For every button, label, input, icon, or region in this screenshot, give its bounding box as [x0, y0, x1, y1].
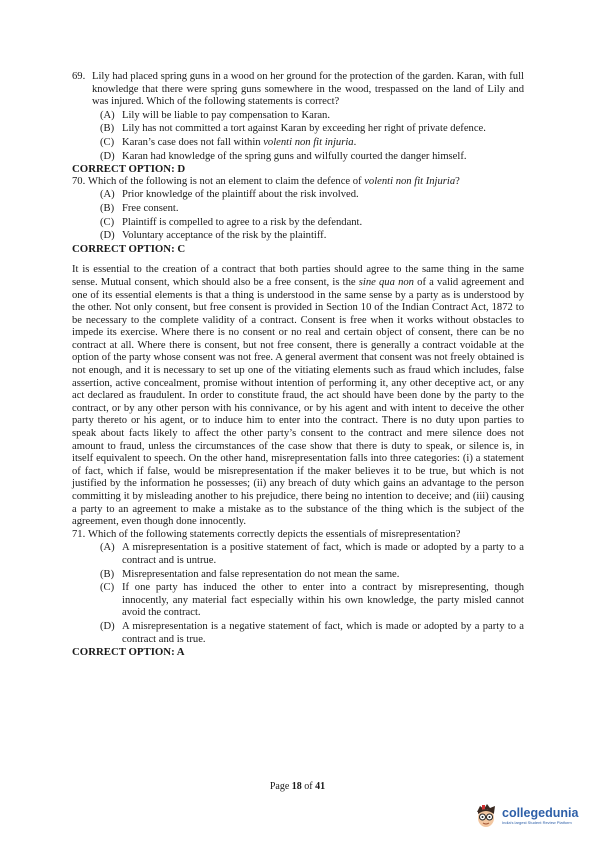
- question-70: 70. Which of the following is not an ele…: [72, 176, 524, 256]
- latin-term: sine qua non: [359, 277, 414, 288]
- options-list: (A) Lily will be liable to pay compensat…: [100, 110, 524, 163]
- question-text: Which of the following statements correc…: [88, 529, 524, 542]
- option-letter: (A): [100, 542, 122, 567]
- option-letter: (D): [100, 151, 122, 164]
- current-page: 18: [292, 781, 302, 792]
- option-letter: (D): [100, 230, 122, 243]
- question-number: 70.: [72, 176, 88, 189]
- option-letter: (C): [100, 137, 122, 150]
- option-letter: (B): [100, 123, 122, 136]
- passage-text: It is essential to the creation of a con…: [72, 264, 524, 528]
- question-number: 71.: [72, 529, 88, 542]
- option-text: Lily has not committed a tort against Ka…: [122, 123, 524, 136]
- question-number: 69.: [72, 71, 92, 109]
- option-letter: (C): [100, 582, 122, 620]
- question-text: Lily had placed spring guns in a wood on…: [92, 71, 524, 109]
- passage-text-part: of a valid agreement and one of its esse…: [72, 277, 524, 527]
- document-page: 69. Lily had placed spring guns in a woo…: [72, 71, 524, 659]
- option-text: Plaintiff is compelled to agree to a ris…: [122, 217, 524, 230]
- option-c: (C) If one party has induced the other t…: [100, 582, 524, 620]
- collegedunia-logo: collegedunia India's largest Student Rev…: [474, 803, 578, 829]
- logo-text: collegedunia India's largest Student Rev…: [502, 807, 578, 825]
- question-text: Which of the following is not an element…: [88, 176, 524, 189]
- option-b: (B) Misrepresentation and false represen…: [100, 569, 524, 582]
- brand-tagline: India's largest Student Review Platform: [502, 820, 578, 825]
- option-text: Free consent.: [122, 203, 524, 216]
- passage: It is essential to the creation of a con…: [72, 264, 524, 528]
- question-stem: 71. Which of the following statements co…: [72, 529, 524, 542]
- option-text: Lily will be liable to pay compensation …: [122, 110, 524, 123]
- option-c: (C) Plaintiff is compelled to agree to a…: [100, 217, 524, 230]
- option-a: (A) A misrepresentation is a positive st…: [100, 542, 524, 567]
- correct-option: CORRECT OPTION: C: [72, 243, 524, 256]
- option-d: (D) Voluntary acceptance of the risk by …: [100, 230, 524, 243]
- latin-term: volenti non fit injuria: [263, 137, 353, 148]
- option-text: Voluntary acceptance of the risk by the …: [122, 230, 524, 243]
- option-text: A misrepresentation is a negative statem…: [122, 621, 524, 646]
- latin-term: volenti non fit Injuria: [364, 176, 455, 187]
- question-71: 71. Which of the following statements co…: [72, 529, 524, 659]
- option-text: Prior knowledge of the plaintiff about t…: [122, 189, 524, 202]
- mascot-face-icon: [474, 803, 498, 829]
- question-stem: 69. Lily had placed spring guns in a woo…: [72, 71, 524, 109]
- option-d: (D) Karan had knowledge of the spring gu…: [100, 151, 524, 164]
- options-list: (A) A misrepresentation is a positive st…: [100, 542, 524, 646]
- option-letter: (D): [100, 621, 122, 646]
- option-d: (D) A misrepresentation is a negative st…: [100, 621, 524, 646]
- option-b: (B) Lily has not committed a tort agains…: [100, 123, 524, 136]
- question-69: 69. Lily had placed spring guns in a woo…: [72, 71, 524, 176]
- option-text: A misrepresentation is a positive statem…: [122, 542, 524, 567]
- options-list: (A) Prior knowledge of the plaintiff abo…: [100, 189, 524, 242]
- option-b: (B) Free consent.: [100, 203, 524, 216]
- option-c: (C) Karan’s case does not fall within vo…: [100, 137, 524, 150]
- page-number: Page 18 of 41: [0, 781, 595, 792]
- option-a: (A) Lily will be liable to pay compensat…: [100, 110, 524, 123]
- option-letter: (B): [100, 569, 122, 582]
- option-text-part: Karan’s case does not fall within: [122, 137, 263, 148]
- option-text: Karan’s case does not fall within volent…: [122, 137, 524, 150]
- option-letter: (C): [100, 217, 122, 230]
- option-text: Karan had knowledge of the spring guns a…: [122, 151, 524, 164]
- option-letter: (A): [100, 189, 122, 202]
- option-letter: (B): [100, 203, 122, 216]
- question-text-part: ?: [455, 176, 460, 187]
- question-text-part: Which of the following is not an element…: [88, 176, 364, 187]
- option-letter: (A): [100, 110, 122, 123]
- correct-option: CORRECT OPTION: A: [72, 646, 524, 659]
- correct-option: CORRECT OPTION: D: [72, 163, 524, 176]
- option-text: If one party has induced the other to en…: [122, 582, 524, 620]
- total-pages: 41: [315, 781, 325, 792]
- option-text: Misrepresentation and false representati…: [122, 569, 524, 582]
- page-label: Page: [270, 781, 292, 792]
- option-a: (A) Prior knowledge of the plaintiff abo…: [100, 189, 524, 202]
- question-stem: 70. Which of the following is not an ele…: [72, 176, 524, 189]
- brand-name: collegedunia: [502, 807, 578, 820]
- option-text-part: .: [354, 137, 357, 148]
- page-of-label: of: [302, 781, 315, 792]
